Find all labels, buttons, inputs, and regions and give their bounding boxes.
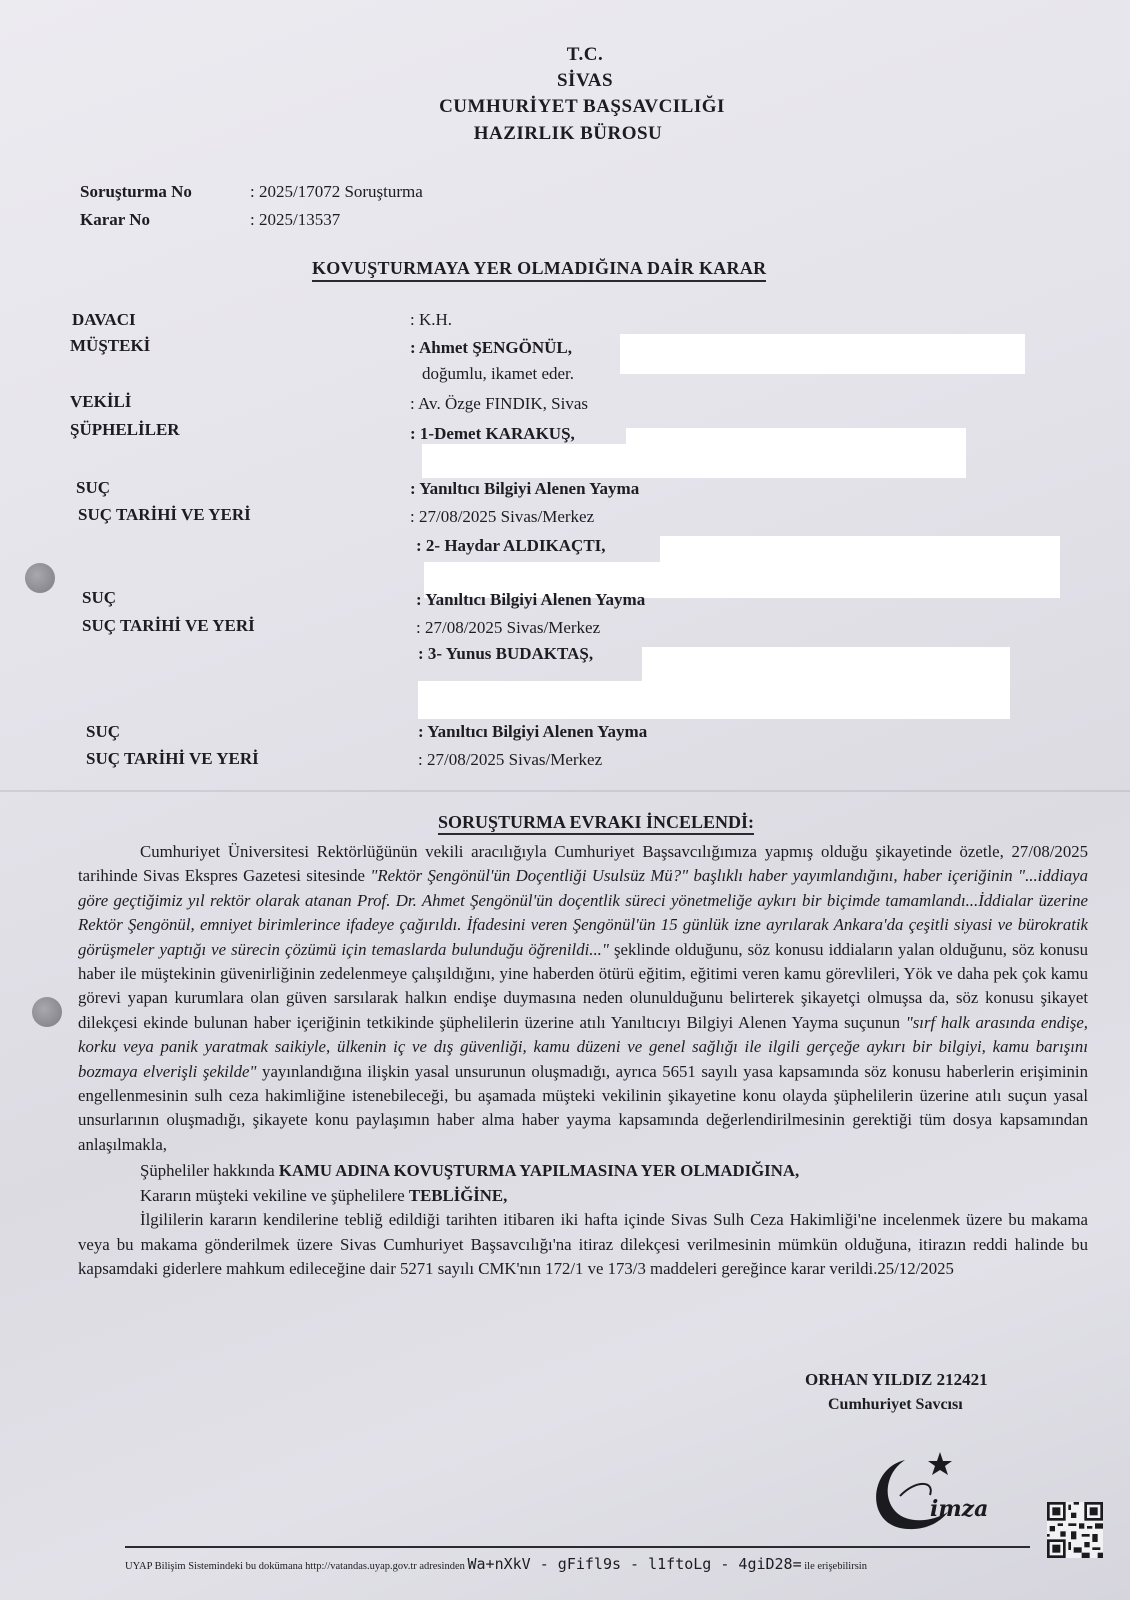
paper-fold [0,790,1130,792]
body-text: Şüpheliler hakkında [140,1161,279,1180]
verdict-paragraph: Şüpheliler hakkında KAMU ADINA KOVUŞTURM… [78,1159,1088,1183]
verification-code: Wa+nXkV - gFifl9s - l1ftoLg - 4giD28= [467,1555,801,1573]
davaci-value: : K.H. [410,310,452,330]
qr-code-icon[interactable] [1047,1502,1103,1558]
meta-value: : 2025/13537 [250,210,340,230]
suc-label: SUÇ [86,722,120,742]
suc-tarih-label: SUÇ TARİHİ VE YERİ [86,749,259,769]
decision-title: KOVUŞTURMAYA YER OLMADIĞINA DAİR KARAR [312,258,766,282]
suc-tarih-label: SUÇ TARİHİ VE YERİ [82,616,255,636]
punch-hole [25,563,55,593]
prosecutor-title: Cumhuriyet Savcısı [828,1396,963,1414]
svg-text:imza: imza [930,1496,988,1522]
meta-label: Karar No [80,210,250,230]
header-office: CUMHURİYET BAŞSAVCILIĞI [439,96,725,118]
suc-value: : Yanıltıcı Bilgiyi Alenen Yayma [418,722,647,742]
case-meta: Soruşturma No : 2025/17072 Soruşturma Ka… [80,178,423,234]
body-paragraph: Cumhuriyet Üniversitesi Rektörlüğünün ve… [78,840,1088,1157]
suspect-name: : 2- Haydar ALDIKAÇTI, [416,536,606,556]
footer-verification: UYAP Bilişim Sistemindeki bu dokümana ht… [125,1555,867,1573]
punch-hole [32,997,62,1027]
header-bureau: HAZIRLIK BÜROSU [474,123,663,145]
notification-paragraph: Kararın müşteki vekiline ve şüphelilere … [78,1184,1088,1208]
body-text: Kararın müşteki vekiline ve şüphelilere [140,1186,409,1205]
suc-label: SUÇ [82,588,116,608]
footer-suffix: ile erişebilirsin [804,1561,867,1572]
vekili-label: VEKİLİ [70,392,131,412]
prosecutor-name: ORHAN YILDIZ 212421 [805,1370,988,1390]
suc-tarih-value: : 27/08/2025 Sivas/Merkez [416,618,600,638]
suc-tarih-label: SUÇ TARİHİ VE YERİ [78,505,251,525]
suc-value: : Yanıltıcı Bilgiyi Alenen Yayma [410,479,639,499]
section-title: SORUŞTURMA EVRAKI İNCELENDİ: [438,812,754,835]
suspect-name: : 1-Demet KARAKUŞ, [410,424,575,444]
notification-text: TEBLİĞİNE, [409,1186,507,1205]
suc-tarih-value: : 27/08/2025 Sivas/Merkez [418,750,602,770]
meta-label: Soruşturma No [80,182,250,202]
musteki-cont: doğumlu, ikamet eder. [422,364,574,384]
e-signature-icon: imza [860,1450,1010,1535]
redaction-box [620,334,1025,374]
musteki-value: : Ahmet ŞENGÖNÜL, [410,338,572,358]
musteki-label: MÜŞTEKİ [70,336,150,356]
suspect-name: : 3- Yunus BUDAKTAŞ, [418,644,593,664]
suc-tarih-value: : 27/08/2025 Sivas/Merkez [410,507,594,527]
footer-prefix: UYAP Bilişim Sistemindeki bu dokümana ht… [125,1561,465,1572]
appeal-paragraph: İlgililerin kararın kendilerine tebliğ e… [78,1208,1088,1281]
footer-divider [125,1546,1030,1548]
redaction-box [418,681,1010,719]
redaction-box [422,444,966,478]
suc-label: SUÇ [76,478,110,498]
header-tc: T.C. [567,44,603,66]
verdict-text: KAMU ADINA KOVUŞTURMA YAPILMASINA YER OL… [279,1161,799,1180]
suc-value: : Yanıltıcı Bilgiyi Alenen Yayma [416,590,645,610]
decision-body: Cumhuriyet Üniversitesi Rektörlüğünün ve… [78,840,1088,1281]
supheliler-label: ŞÜPHELİLER [70,420,180,440]
header-city: SİVAS [557,70,613,92]
meta-row: Karar No : 2025/13537 [80,206,423,234]
vekili-value: : Av. Özge FINDIK, Sivas [410,394,588,414]
davaci-label: DAVACI [72,310,136,330]
meta-value: : 2025/17072 Soruşturma [250,182,423,202]
meta-row: Soruşturma No : 2025/17072 Soruşturma [80,178,423,206]
